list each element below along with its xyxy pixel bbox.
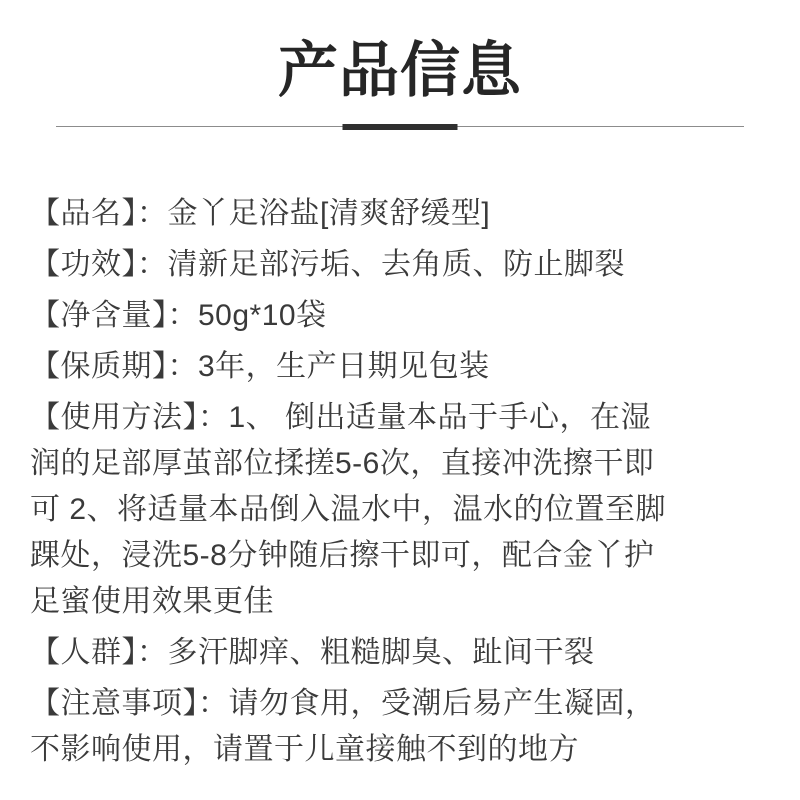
precautions-line: 【注意事项】：请勿食用，受潮后易产生凝固， 不影响使用，请置于儿童接触不到的地方 [30,681,774,773]
title-divider [56,126,744,127]
product-name-line: 【品名】：金丫足浴盐[清爽舒缓型] [30,191,774,237]
product-info-list: 【品名】：金丫足浴盐[清爽舒缓型] 【功效】：清新足部污垢、去角质、防止脚裂 【… [0,127,800,773]
shelf-life-line: 【保质期】：3年，生产日期见包装 [30,344,774,390]
divider-accent-bar [343,124,458,130]
net-content-line: 【净含量】：50g*10袋 [30,293,774,339]
page-title: 产品信息 [0,0,800,104]
target-users-line: 【人群】：多汗脚痒、粗糙脚臭、趾间干裂 [30,630,774,676]
product-info-page: 产品信息 【品名】：金丫足浴盐[清爽舒缓型] 【功效】：清新足部污垢、去角质、防… [0,0,800,800]
usage-line: 【使用方法】：1、 倒出适量本品于手心，在湿 润的足部厚茧部位揉搓5-6次，直接… [30,395,774,625]
effects-line: 【功效】：清新足部污垢、去角质、防止脚裂 [30,242,774,288]
